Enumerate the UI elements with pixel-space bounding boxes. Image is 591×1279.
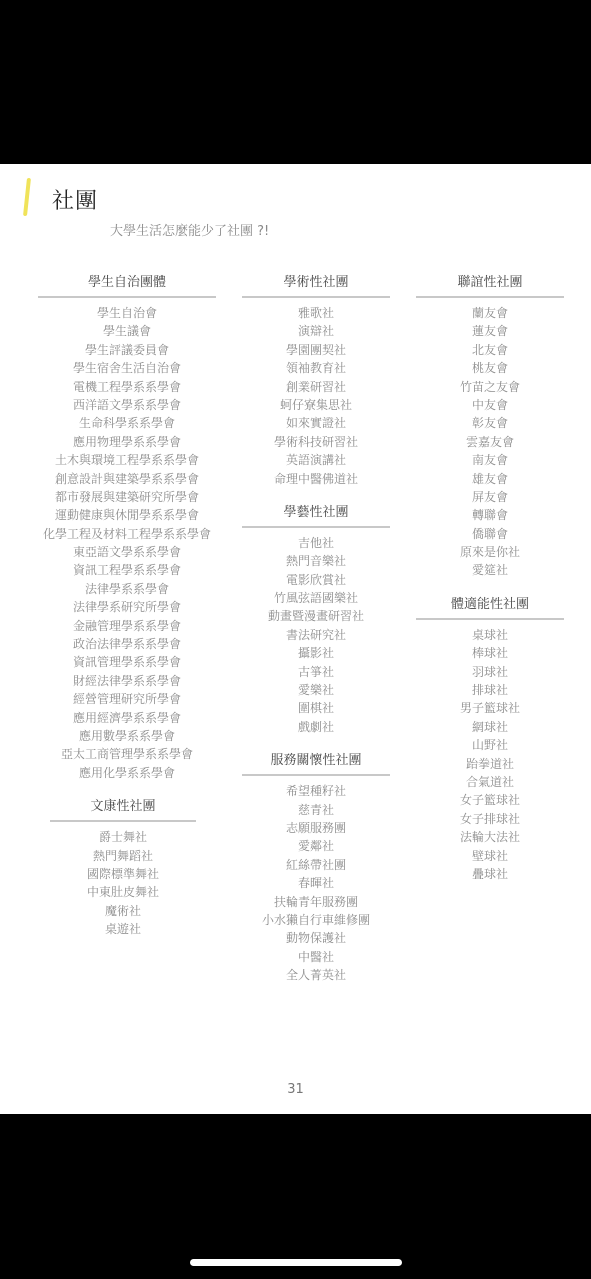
club-item: 全人菁英社 <box>242 966 390 984</box>
club-section: 學藝性社團吉他社熱門音樂社電影欣賞社竹風弦語國樂社動畫暨漫畫研習社書法研究社攝影… <box>242 502 390 736</box>
club-item: 創業研習社 <box>242 378 390 396</box>
section-title: 體適能性社團 <box>416 594 564 616</box>
club-item: 愛樂社 <box>242 681 390 699</box>
club-item: 紅絲帶社團 <box>242 856 390 874</box>
club-item: 學園團契社 <box>242 341 390 359</box>
club-item: 中友會 <box>416 396 564 414</box>
club-item: 金融管理學系系學會 <box>38 617 216 635</box>
club-item: 女子排球社 <box>416 810 564 828</box>
club-item: 學生宿舍生活自治會 <box>38 359 216 377</box>
club-item: 吉他社 <box>242 534 390 552</box>
section-title: 學生自治團體 <box>38 272 216 294</box>
column-right: 聯誼性社團蘭友會蓮友會北友會桃友會竹苗之友會中友會彰友會雲嘉友會南友會雄友會屏友… <box>416 272 564 897</box>
club-item: 合氣道社 <box>416 773 564 791</box>
section-title: 文康性社團 <box>50 796 196 818</box>
club-item: 中東肚皮舞社 <box>50 883 196 901</box>
club-item: 屏友會 <box>416 488 564 506</box>
club-item: 應用經濟學系系學會 <box>38 709 216 727</box>
club-item: 亞太工商管理學系系學會 <box>38 745 216 763</box>
club-item: 志願服務團 <box>242 819 390 837</box>
club-item: 東亞語文學系系學會 <box>38 543 216 561</box>
section-divider <box>242 296 390 298</box>
club-item: 疊球社 <box>416 865 564 883</box>
club-item: 中醫社 <box>242 948 390 966</box>
club-item: 蚵仔寮集思社 <box>242 396 390 414</box>
section-divider <box>416 296 564 298</box>
club-item: 演辯社 <box>242 322 390 340</box>
club-item: 愛鄰社 <box>242 837 390 855</box>
club-item: 創意設計與建築學系系學會 <box>38 470 216 488</box>
club-section: 學術性社團雅歌社演辯社學園團契社領袖教育社創業研習社蚵仔寮集思社如來實證社學術科… <box>242 272 390 488</box>
club-item: 桌遊社 <box>50 920 196 938</box>
club-item: 排球社 <box>416 681 564 699</box>
section-title: 學術性社團 <box>242 272 390 294</box>
club-item: 桃友會 <box>416 359 564 377</box>
club-item: 電機工程學系系學會 <box>38 378 216 396</box>
club-item: 化學工程及材料工程學系系學會 <box>38 525 216 543</box>
club-item: 領袖教育社 <box>242 359 390 377</box>
club-item: 應用物理學系系學會 <box>38 433 216 451</box>
club-item: 竹苗之友會 <box>416 378 564 396</box>
club-item: 北友會 <box>416 341 564 359</box>
section-divider <box>416 618 564 620</box>
club-item: 電影欣賞社 <box>242 571 390 589</box>
club-item: 動物保護社 <box>242 929 390 947</box>
section-title: 服務關懷性社團 <box>242 750 390 772</box>
club-item: 壁球社 <box>416 847 564 865</box>
club-item: 山野社 <box>416 736 564 754</box>
club-item: 雄友會 <box>416 470 564 488</box>
club-item: 西洋語文學系系學會 <box>38 396 216 414</box>
club-item: 古箏社 <box>242 663 390 681</box>
club-item: 羽球社 <box>416 663 564 681</box>
club-item: 春暉社 <box>242 874 390 892</box>
club-item: 學生自治會 <box>38 304 216 322</box>
club-item: 雅歌社 <box>242 304 390 322</box>
club-item: 蓮友會 <box>416 322 564 340</box>
club-item: 熱門音樂社 <box>242 552 390 570</box>
club-item: 轉聯會 <box>416 506 564 524</box>
club-item: 命理中醫佛道社 <box>242 470 390 488</box>
club-item: 學生評議委員會 <box>38 341 216 359</box>
club-item: 圍棋社 <box>242 699 390 717</box>
club-item: 小水獺自行車維修團 <box>242 911 390 929</box>
club-section: 聯誼性社團蘭友會蓮友會北友會桃友會竹苗之友會中友會彰友會雲嘉友會南友會雄友會屏友… <box>416 272 564 580</box>
section-title: 學藝性社團 <box>242 502 390 524</box>
club-item: 男子籃球社 <box>416 699 564 717</box>
club-item: 蘭友會 <box>416 304 564 322</box>
club-item: 資訊管理學系系學會 <box>38 653 216 671</box>
club-item: 財經法律學系系學會 <box>38 672 216 690</box>
club-section: 服務關懷性社團希望種籽社慈青社志願服務團愛鄰社紅絲帶社團春暉社扶輪青年服務團小水… <box>242 750 390 984</box>
club-item: 英語演講社 <box>242 451 390 469</box>
club-item: 動畫暨漫畫研習社 <box>242 607 390 625</box>
club-item: 希望種籽社 <box>242 782 390 800</box>
club-item: 僑聯會 <box>416 525 564 543</box>
club-section: 體適能性社團桌球社棒球社羽球社排球社男子籃球社網球社山野社跆拳道社合氣道社女子籃… <box>416 594 564 883</box>
page-title: 社團 <box>52 184 98 215</box>
club-item: 學術科技研習社 <box>242 433 390 451</box>
document-page: 社團 大學生活怎麼能少了社團 ?! 學生自治團體學生自治會學生議會學生評議委員會… <box>0 164 591 1114</box>
club-item: 資訊工程學系系學會 <box>38 561 216 579</box>
club-item: 女子籃球社 <box>416 791 564 809</box>
club-item: 熱門舞蹈社 <box>50 847 196 865</box>
club-item: 國際標準舞社 <box>50 865 196 883</box>
club-item: 攝影社 <box>242 644 390 662</box>
club-item: 戲劇社 <box>242 718 390 736</box>
club-item: 魔術社 <box>50 902 196 920</box>
club-item: 經營管理研究所學會 <box>38 690 216 708</box>
club-item: 法律學系系學會 <box>38 580 216 598</box>
club-item: 彰友會 <box>416 414 564 432</box>
section-title: 聯誼性社團 <box>416 272 564 294</box>
home-indicator[interactable] <box>190 1259 402 1266</box>
club-item: 生命科學系系學會 <box>38 414 216 432</box>
section-divider <box>242 774 390 776</box>
page-subtitle: 大學生活怎麼能少了社團 ?! <box>110 220 269 239</box>
column-left: 學生自治團體學生自治會學生議會學生評議委員會學生宿舍生活自治會電機工程學系系學會… <box>38 272 216 953</box>
club-item: 應用數學系系學會 <box>38 727 216 745</box>
club-item: 土木與環境工程學系系學會 <box>38 451 216 469</box>
club-item: 南友會 <box>416 451 564 469</box>
club-item: 跆拳道社 <box>416 755 564 773</box>
club-item: 政治法律學系系學會 <box>38 635 216 653</box>
page-number: 31 <box>0 1082 591 1097</box>
accent-bar <box>23 178 31 216</box>
club-item: 如來實證社 <box>242 414 390 432</box>
club-item: 都市發展與建築研究所學會 <box>38 488 216 506</box>
club-item: 扶輪青年服務團 <box>242 893 390 911</box>
club-item: 竹風弦語國樂社 <box>242 589 390 607</box>
club-item: 愛筵社 <box>416 561 564 579</box>
section-divider <box>50 820 196 822</box>
section-divider <box>242 526 390 528</box>
section-divider <box>38 296 216 298</box>
club-item: 爵士舞社 <box>50 828 196 846</box>
club-item: 棒球社 <box>416 644 564 662</box>
column-middle: 學術性社團雅歌社演辯社學園團契社領袖教育社創業研習社蚵仔寮集思社如來實證社學術科… <box>242 272 390 999</box>
club-item: 學生議會 <box>38 322 216 340</box>
club-item: 應用化學系系學會 <box>38 764 216 782</box>
club-item: 原來是你社 <box>416 543 564 561</box>
club-item: 法輪大法社 <box>416 828 564 846</box>
club-item: 運動健康與休閒學系系學會 <box>38 506 216 524</box>
club-item: 雲嘉友會 <box>416 433 564 451</box>
club-item: 慈青社 <box>242 801 390 819</box>
club-section: 學生自治團體學生自治會學生議會學生評議委員會學生宿舍生活自治會電機工程學系系學會… <box>38 272 216 782</box>
club-section: 文康性社團爵士舞社熱門舞蹈社國際標準舞社中東肚皮舞社魔術社桌遊社 <box>50 796 196 938</box>
club-item: 桌球社 <box>416 626 564 644</box>
club-item: 法律學系研究所學會 <box>38 598 216 616</box>
club-item: 網球社 <box>416 718 564 736</box>
club-item: 書法研究社 <box>242 626 390 644</box>
